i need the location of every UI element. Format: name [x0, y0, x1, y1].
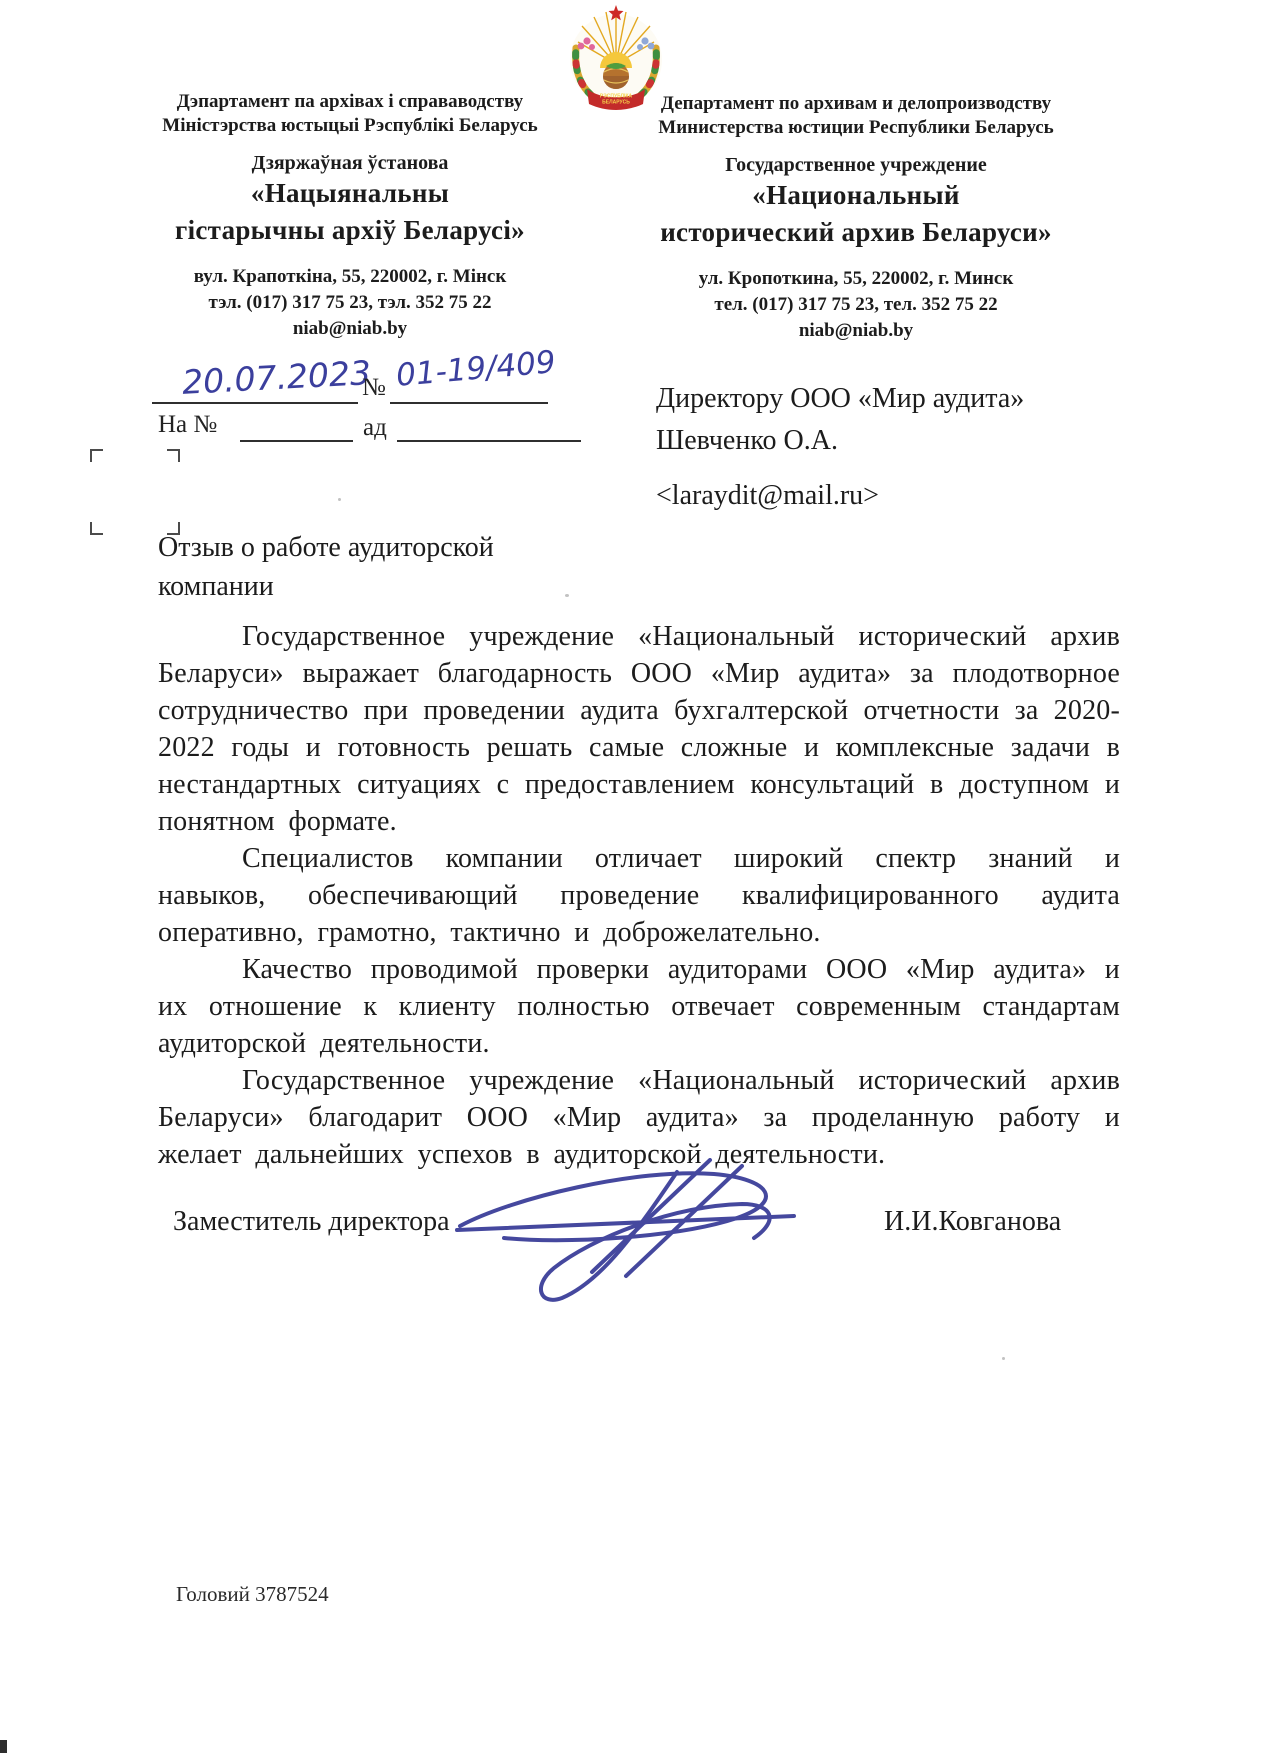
number-sign-label: № [362, 374, 386, 402]
left-department-line1: Дэпартамент па архівах і справаводству [148, 90, 552, 114]
right-org-name-line1: «Национальный [646, 177, 1066, 214]
reply-from-label: ад [363, 414, 387, 442]
recipient-block: Директору ООО «Мир аудита» Шевченко О.А.… [656, 378, 1024, 517]
body-paragraph-2: Специалистов компании отличает широкий с… [158, 840, 1120, 951]
right-email: niab@niab.by [646, 318, 1066, 344]
scanned-letter-page: РЭСПУБЛІКА БЕЛАРУСЬ Дэпартамент па архів… [0, 0, 1273, 1753]
left-org-type: Дзяржаўная ўстанова [148, 152, 552, 175]
body-paragraph-3: Качество проводимой проверки аудиторами … [158, 951, 1120, 1062]
number-underline [390, 402, 548, 404]
left-org-name-line2: гістарычны архіў Беларусі» [148, 212, 552, 249]
signatory-name: И.И.Ковганова [884, 1206, 1061, 1238]
address-window-corner-top-right [167, 449, 180, 462]
letterhead-left-column: Дэпартамент па архівах і справаводству М… [148, 90, 552, 342]
signatory-title: Заместитель директора [173, 1206, 450, 1238]
right-department-line1: Департамент по архивам и делопроизводств… [646, 92, 1066, 116]
left-phone: тэл. (017) 317 75 23, тэл. 352 75 22 [148, 290, 552, 316]
address-window-corner-top-left [90, 449, 103, 462]
left-email: niab@niab.by [148, 316, 552, 342]
right-org-type: Государственное учреждение [646, 154, 1066, 177]
scan-speck [338, 498, 341, 501]
address-window-corner-bottom-left [90, 522, 103, 535]
body-paragraph-1: Государственное учреждение «Национальный… [158, 618, 1120, 840]
left-address: вул. Крапоткіна, 55, 220002, г. Мінск [148, 264, 552, 290]
left-org-name-line1: «Нацыянальны [148, 175, 552, 212]
right-phone: тел. (017) 317 75 23, тел. 352 75 22 [646, 292, 1066, 318]
reply-number-underline [240, 440, 353, 442]
subject-line2: компании [158, 567, 494, 606]
left-department-line2: Міністэрства юстыцыі Рэспублікі Беларусь [148, 114, 552, 138]
subject-block: Отзыв о работе аудиторской компании [158, 528, 494, 606]
right-address: ул. Кропоткина, 55, 220002, г. Минск [646, 266, 1066, 292]
recipient-person: Шевченко О.А. [656, 420, 1024, 462]
scan-speck [1002, 1357, 1005, 1360]
reply-to-label: На № [158, 411, 217, 439]
footer-reference-note: Головий 3787524 [176, 1582, 329, 1607]
handwritten-date: 20.07.2023 [181, 353, 372, 402]
right-org-name-line2: исторический архив Беларуси» [646, 214, 1066, 251]
emblem-banner-text-line2: БЕЛАРУСЬ [602, 100, 630, 106]
recipient-email: <laraydit@mail.ru> [656, 475, 1024, 517]
letter-body: Государственное учреждение «Национальный… [158, 618, 1120, 1173]
handwritten-signature [442, 1146, 802, 1311]
date-underline [152, 402, 358, 404]
letterhead-right-column: Департамент по архивам и делопроизводств… [646, 92, 1066, 344]
reply-date-underline [397, 440, 581, 442]
scan-speck [565, 594, 569, 597]
right-department-line2: Министерства юстиции Республики Беларусь [646, 116, 1066, 140]
scan-edge-mark [0, 1740, 7, 1753]
handwritten-outgoing-number: 01-19/409 [395, 344, 557, 394]
subject-line1: Отзыв о работе аудиторской [158, 528, 494, 567]
recipient-position-company: Директору ООО «Мир аудита» [656, 378, 1024, 420]
